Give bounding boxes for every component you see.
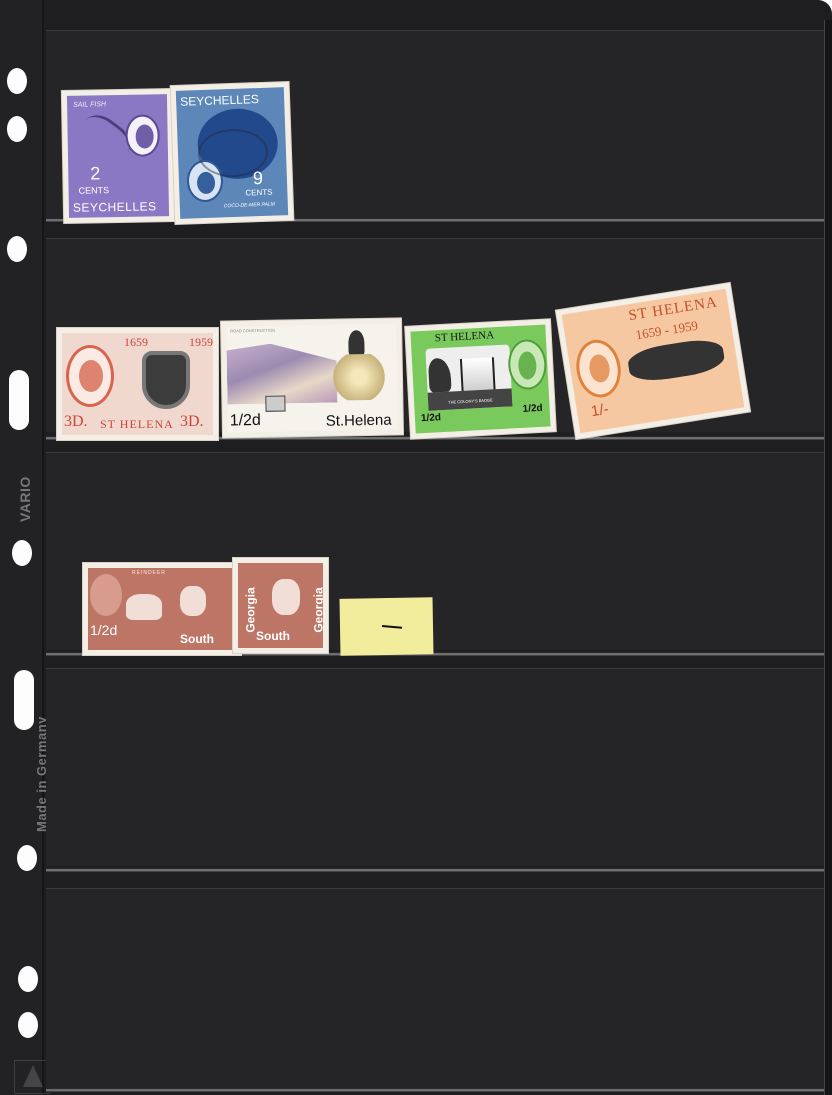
stamp-st-helena-3d[interactable]: 1659 1959 3D. ST HELENA 3D.: [57, 328, 218, 440]
stamp-country: ST HELENA: [100, 417, 174, 432]
stamp-caption: ROAD CONSTRUCTION: [230, 328, 275, 334]
dash-mark: [382, 625, 402, 629]
stamp-value: 1/2d: [230, 412, 261, 431]
stock-page: VARIO Made in Germany SAIL FISH 2 CENTS …: [0, 0, 832, 1095]
stamp-st-helena-badge[interactable]: ST HELENA 1/2d 1/2d THE COLONY'S BADGE: [405, 319, 556, 438]
stamp-country-georgia: Georgia: [312, 587, 323, 632]
punch-hole: [7, 68, 27, 94]
flower-icon: [331, 354, 388, 401]
stamp-years: 1659 1959: [124, 335, 213, 350]
stamp-value: 1/-: [590, 401, 610, 421]
portrait-icon: [572, 337, 625, 401]
stamp-value: 2: [90, 163, 100, 184]
binder-strip: VARIO Made in Germany: [0, 0, 44, 1095]
reindeer-icon: [126, 594, 162, 620]
portrait-icon: [66, 345, 114, 407]
reindeer-icon: [180, 586, 206, 616]
reindeer-icon: [272, 579, 300, 615]
punch-hole: [18, 1012, 38, 1038]
stamp-caption: SAIL FISH: [73, 101, 106, 109]
stamp-value: 3D.: [180, 413, 204, 431]
stamp-seychelles-2c[interactable]: SAIL FISH 2 CENTS SEYCHELLES: [62, 89, 174, 223]
pocket-strip-4: [46, 668, 824, 866]
stamp-st-helena-1s[interactable]: ST HELENA 1659 - 1959 1/-: [556, 283, 750, 439]
stamp-country: ST HELENA: [434, 329, 494, 344]
punch-hole: [18, 966, 38, 992]
cement-mixer-icon: [265, 395, 285, 411]
stamp-value: 1/2d: [522, 403, 543, 415]
pocket-lip: [46, 1088, 824, 1092]
punch-hole: [12, 540, 32, 566]
punch-hole: [7, 236, 27, 262]
stamp-country-georgia: Georgia: [244, 587, 258, 632]
stamp-country-south: South: [180, 632, 214, 646]
stamp-value: 1/2d: [421, 412, 442, 424]
brand-label: VARIO: [17, 476, 33, 522]
stamp-value: 1/2d: [90, 622, 117, 638]
portrait-icon: [90, 574, 122, 616]
stamp-country-south: South: [256, 629, 290, 643]
portrait-icon: [125, 114, 160, 157]
queen-silhouette-icon: [348, 330, 364, 356]
stamp-south-georgia-reindeer[interactable]: Georgia South Georgia: [233, 558, 328, 653]
coat-of-arms-icon: [142, 351, 190, 409]
portrait-icon: [507, 339, 548, 391]
pocket-strip-5: [46, 888, 824, 1088]
stamp-caption: COCO-DE-MER PALM: [224, 202, 275, 210]
punch-slot: [14, 670, 34, 730]
stamp-value: 9: [253, 168, 264, 189]
stamp-st-helena-road[interactable]: ROAD CONSTRUCTION 1/2d St.Helena: [221, 318, 403, 437]
punch-hole: [7, 116, 27, 142]
page-edge: [824, 20, 832, 1095]
logo-icon: [14, 1060, 50, 1094]
stamp-country: SEYCHELLES: [73, 199, 157, 214]
stamp-country: St.Helena: [326, 412, 392, 430]
stamp-seychelles-9c[interactable]: SEYCHELLES 9 CENTS COCO-DE-MER PALM: [171, 82, 294, 224]
stamp-country: SEYCHELLES: [180, 92, 259, 109]
stamp-unit: CENTS: [79, 185, 110, 196]
stamp-unit: CENTS: [245, 188, 272, 198]
stamp-value: 3D.: [64, 413, 88, 431]
punch-hole: [17, 845, 37, 871]
punch-slot: [9, 370, 29, 430]
price-note: [340, 597, 434, 656]
stamp-caption: REINDEER: [132, 570, 166, 576]
pocket-lip: [46, 868, 824, 872]
stamp-south-georgia-reindeer[interactable]: REINDEER 1/2d South: [83, 563, 241, 655]
island-scene-icon: [626, 336, 726, 385]
